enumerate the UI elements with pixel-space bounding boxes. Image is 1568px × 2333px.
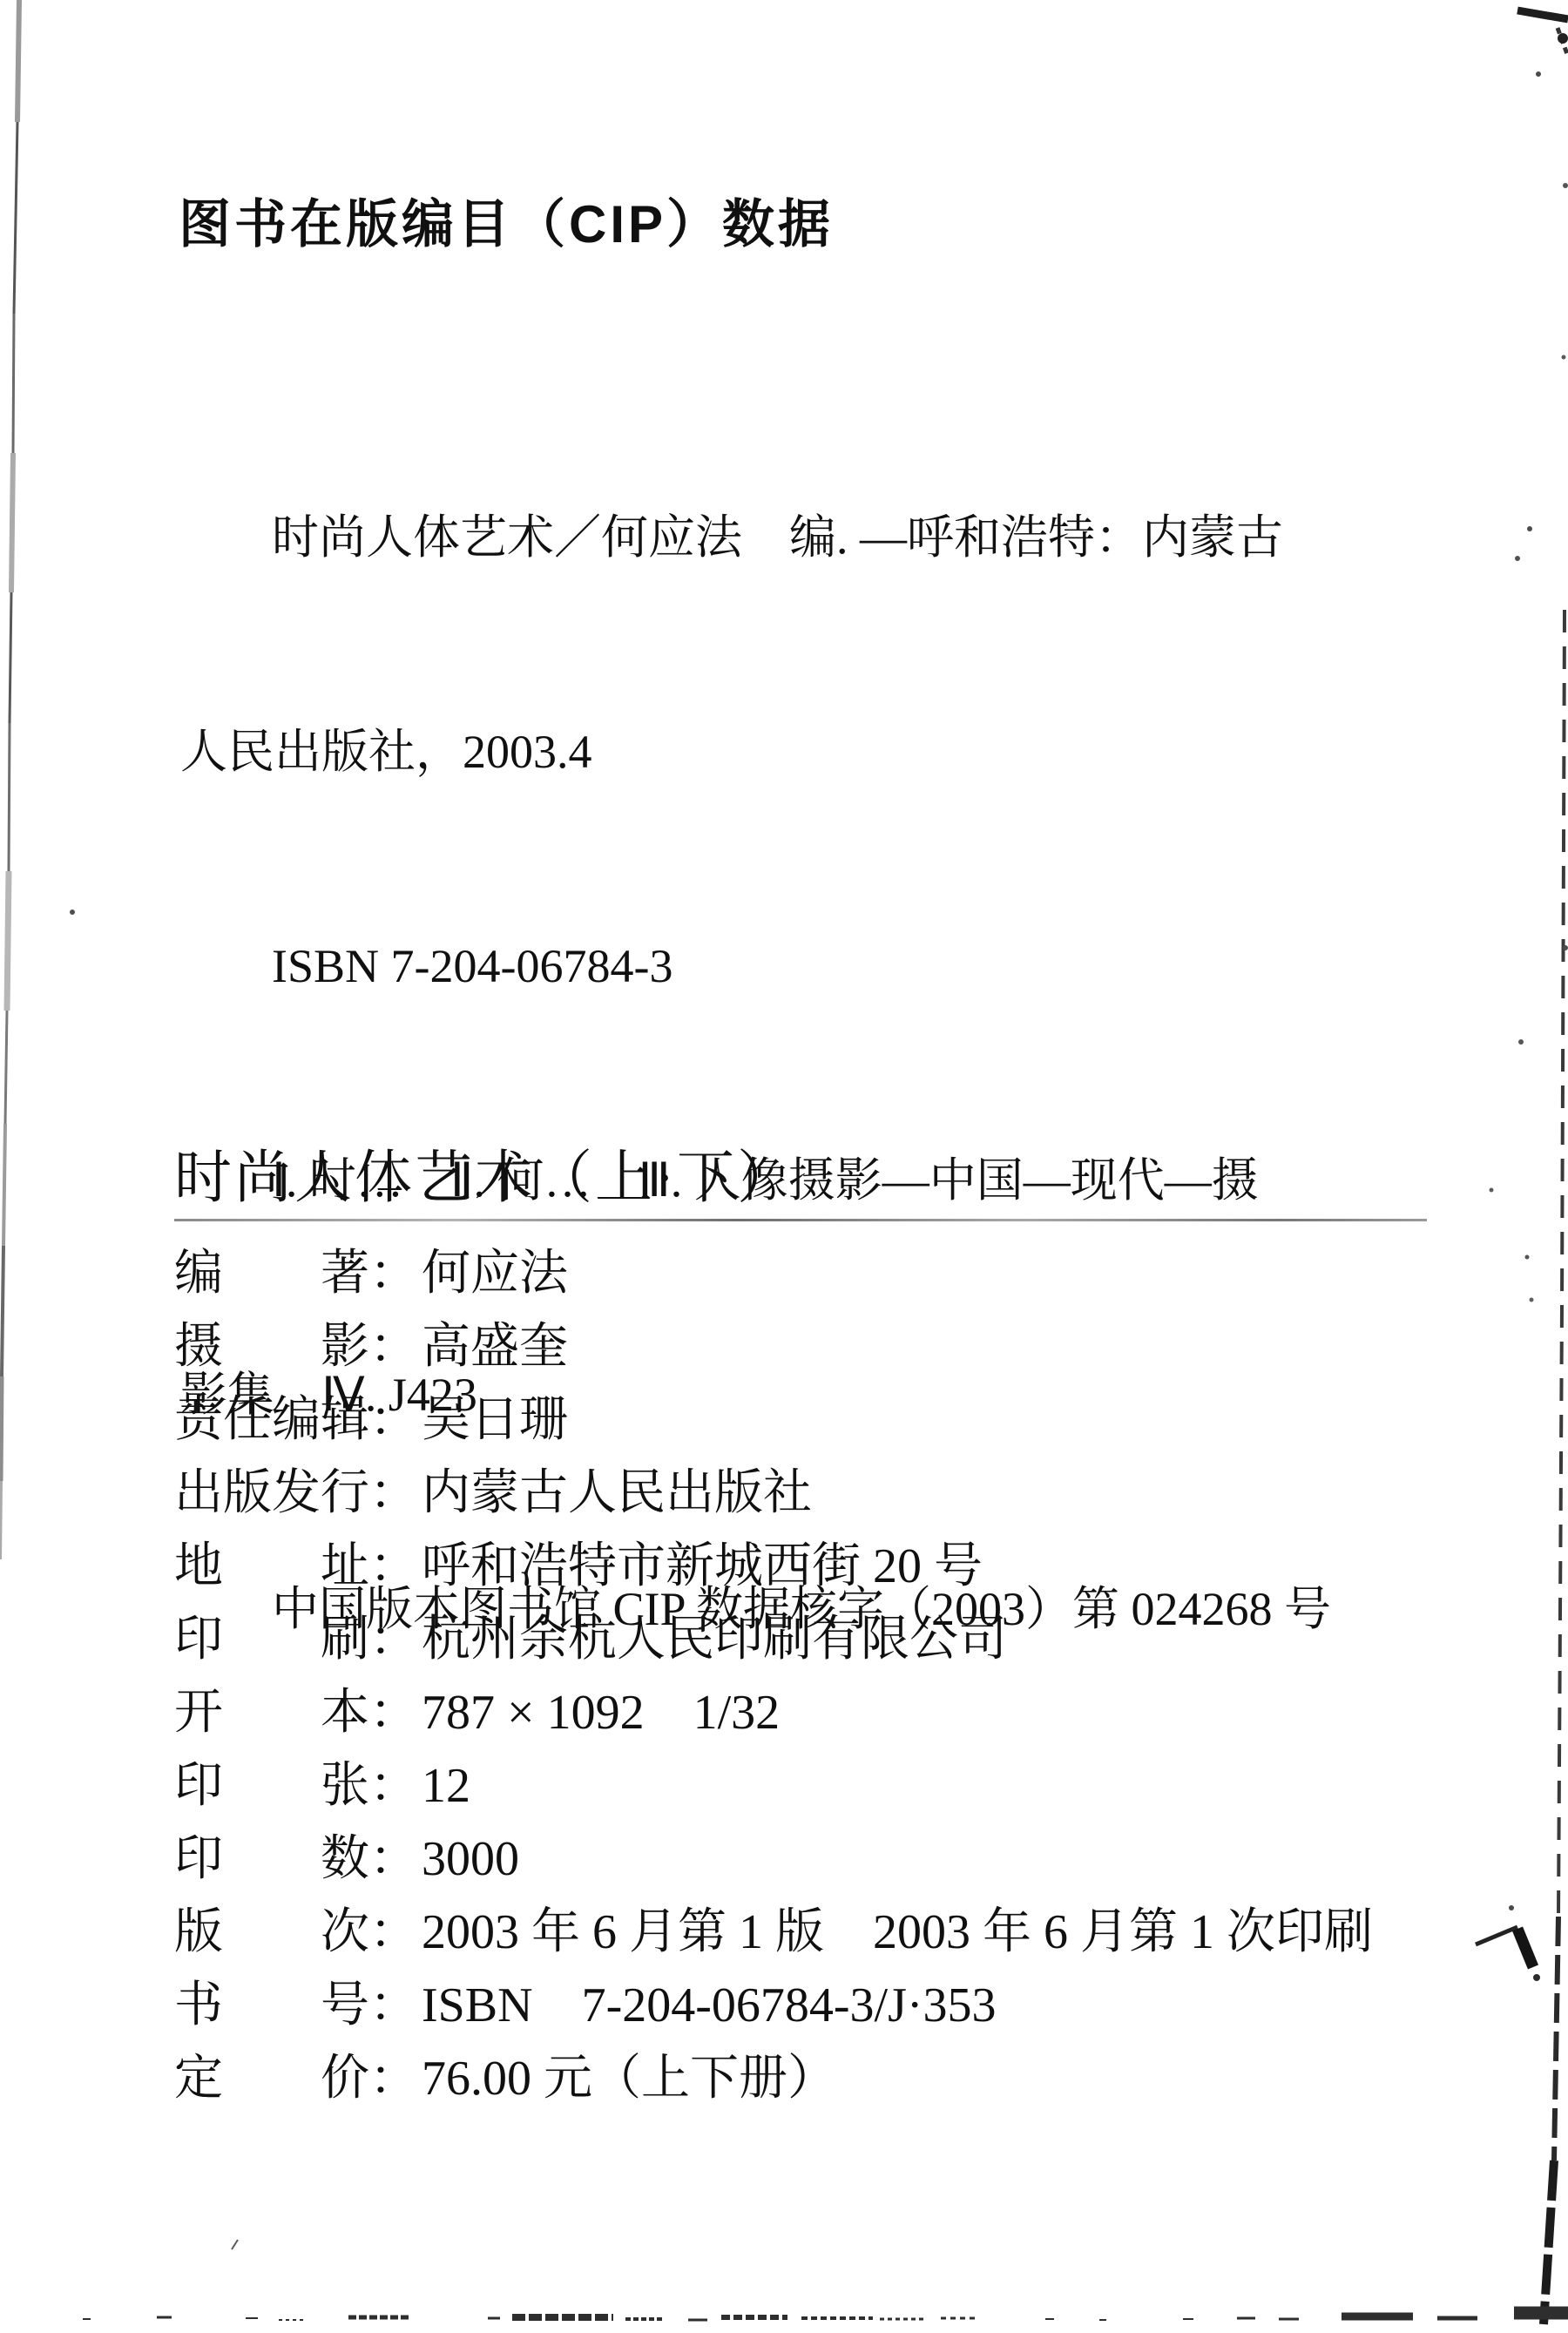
cip-line-title-statement: 时尚人体艺术／何应法 编. —呼和浩特：内蒙古 bbox=[180, 502, 1470, 573]
colophon-row-print-run: 印 数：3000 bbox=[174, 1822, 1373, 1896]
colophon-row-format: 开 本：787 × 1092 1/32 bbox=[174, 1676, 1373, 1749]
row-label: 印 张： bbox=[174, 1749, 422, 1822]
colophon: 编 著：何应法 摄 影：高盛奎 责任编辑：吴日珊 出版发行：内蒙古人民出版社 地… bbox=[174, 1237, 1373, 2115]
row-label: 摄 影： bbox=[174, 1310, 422, 1383]
row-value: 呼和浩特市新城西街 20 号 bbox=[422, 1539, 983, 1593]
row-value: 2003 年 6 月第 1 版 2003 年 6 月第 1 次印刷 bbox=[422, 1905, 1373, 1959]
row-value: 12 bbox=[422, 1759, 470, 1813]
row-label: 版 次： bbox=[174, 1896, 422, 1969]
row-label: 编 著： bbox=[174, 1237, 422, 1310]
row-label: 责任编辑： bbox=[174, 1383, 422, 1457]
book-title: 时尚人体艺术（上·下） bbox=[174, 1131, 797, 1214]
colophon-row-sheets: 印 张：12 bbox=[174, 1749, 1373, 1822]
row-label: 书 号： bbox=[174, 1969, 422, 2042]
colophon-row-printer: 印 刷：杭州余杭人民印刷有限公司 bbox=[174, 1603, 1373, 1676]
row-value: 内蒙古人民出版社 bbox=[422, 1466, 812, 1520]
row-value: 787 × 1092 1/32 bbox=[422, 1686, 780, 1740]
row-value: 吴日珊 bbox=[422, 1393, 568, 1447]
colophon-row-photographer: 摄 影：高盛奎 bbox=[174, 1310, 1373, 1383]
cip-heading: 图书在版编目（CIP）数据 bbox=[179, 183, 834, 258]
colophon-row-publisher: 出版发行：内蒙古人民出版社 bbox=[174, 1457, 1373, 1530]
row-label: 出版发行： bbox=[174, 1457, 422, 1530]
row-value: 杭州余杭人民印刷有限公司 bbox=[422, 1613, 1007, 1667]
cip-line-publisher: 人民出版社，2003.4 bbox=[180, 716, 1470, 788]
colophon-row-editor: 责任编辑：吴日珊 bbox=[174, 1383, 1373, 1457]
row-label: 定 价： bbox=[174, 2042, 422, 2115]
row-label: 印 数： bbox=[174, 1822, 422, 1896]
title-divider-line bbox=[174, 1219, 1427, 1221]
row-value: 3000 bbox=[422, 1832, 519, 1886]
colophon-row-price: 定 价：76.00 元（上下册） bbox=[174, 2042, 1373, 2115]
row-value: ISBN 7-204-06784-3/J·353 bbox=[422, 1978, 997, 2032]
row-value: 76.00 元（上下册） bbox=[422, 2052, 836, 2106]
colophon-row-address: 地 址：呼和浩特市新城西街 20 号 bbox=[174, 1530, 1373, 1603]
colophon-row-isbn: 书 号：ISBN 7-204-06784-3/J·353 bbox=[174, 1969, 1373, 2042]
row-value: 何应法 bbox=[422, 1247, 568, 1301]
cip-line-isbn: ISBN 7-204-06784-3 bbox=[180, 930, 1470, 1002]
row-value: 高盛奎 bbox=[422, 1320, 568, 1374]
row-label: 印 刷： bbox=[174, 1603, 422, 1676]
colophon-row-author: 编 著：何应法 bbox=[174, 1237, 1373, 1310]
book-copyright-page: 图书在版编目（CIP）数据 时尚人体艺术／何应法 编. —呼和浩特：内蒙古 人民… bbox=[0, 0, 1568, 2333]
row-label: 开 本： bbox=[174, 1676, 422, 1749]
row-label: 地 址： bbox=[174, 1530, 422, 1603]
colophon-row-edition: 版 次：2003 年 6 月第 1 版 2003 年 6 月第 1 次印刷 bbox=[174, 1896, 1373, 1969]
